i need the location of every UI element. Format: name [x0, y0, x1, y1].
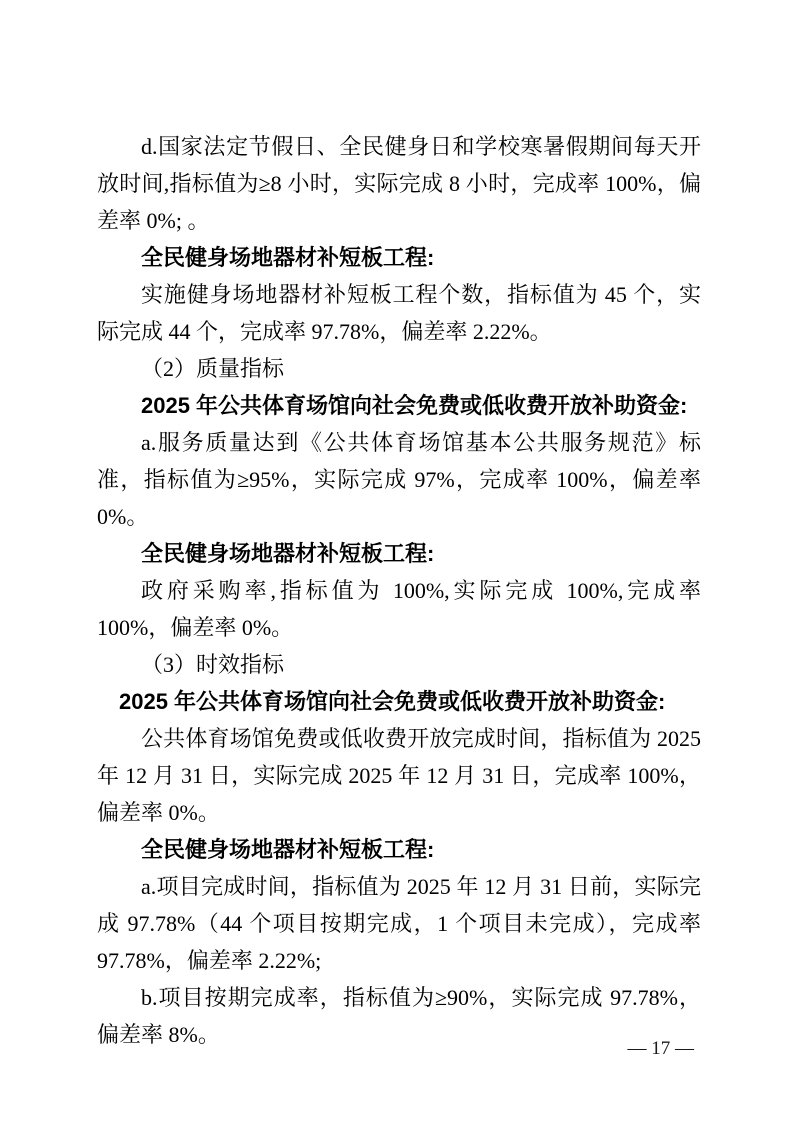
- section-label-quality-indicators: （2）质量指标: [97, 350, 701, 387]
- paragraph-equipment-project-count: 实施健身场地器材补短板工程个数，指标值为 45 个，实际完成 44 个，完成率 …: [97, 276, 701, 350]
- heading-2025-stadium-subsidy-1: 2025 年公共体育场馆向社会免费或低收费开放补助资金:: [97, 387, 701, 424]
- heading-fitness-equipment-project-1: 全民健身场地器材补短板工程:: [97, 239, 701, 276]
- paragraph-holiday-opening-hours: d.国家法定节假日、全民健身日和学校寒暑假期间每天开放时间,指标值为≥8 小时，…: [97, 128, 701, 239]
- heading-2025-stadium-subsidy-2: 2025 年公共体育场馆向社会免费或低收费开放补助资金:: [97, 683, 701, 720]
- document-body: d.国家法定节假日、全民健身日和学校寒暑假期间每天开放时间,指标值为≥8 小时，…: [97, 128, 701, 1053]
- paragraph-on-schedule-completion-rate: b.项目按期完成率，指标值为≥90%，实际完成 97.78%，偏差率 8%。: [97, 979, 701, 1053]
- heading-fitness-equipment-project-3: 全民健身场地器材补短板工程:: [97, 831, 701, 868]
- heading-fitness-equipment-project-2: 全民健身场地器材补短板工程:: [97, 535, 701, 572]
- paragraph-government-procurement-rate: 政府采购率,指标值为 100%,实际完成 100%,完成率 100%，偏差率 0…: [97, 572, 701, 646]
- paragraph-project-completion-time: a.项目完成时间，指标值为 2025 年 12 月 31 日前，实际完成 97.…: [97, 868, 701, 979]
- document-page: d.国家法定节假日、全民健身日和学校寒暑假期间每天开放时间,指标值为≥8 小时，…: [0, 0, 793, 1122]
- page-number: — 17 —: [628, 1036, 695, 1062]
- section-label-timeliness-indicators: （3）时效指标: [97, 646, 701, 683]
- paragraph-service-quality-standard: a.服务质量达到《公共体育场馆基本公共服务规范》标准，指标值为≥95%，实际完成…: [97, 424, 701, 535]
- paragraph-stadium-opening-completion-time: 公共体育场馆免费或低收费开放完成时间，指标值为 2025 年 12 月 31 日…: [97, 720, 701, 831]
